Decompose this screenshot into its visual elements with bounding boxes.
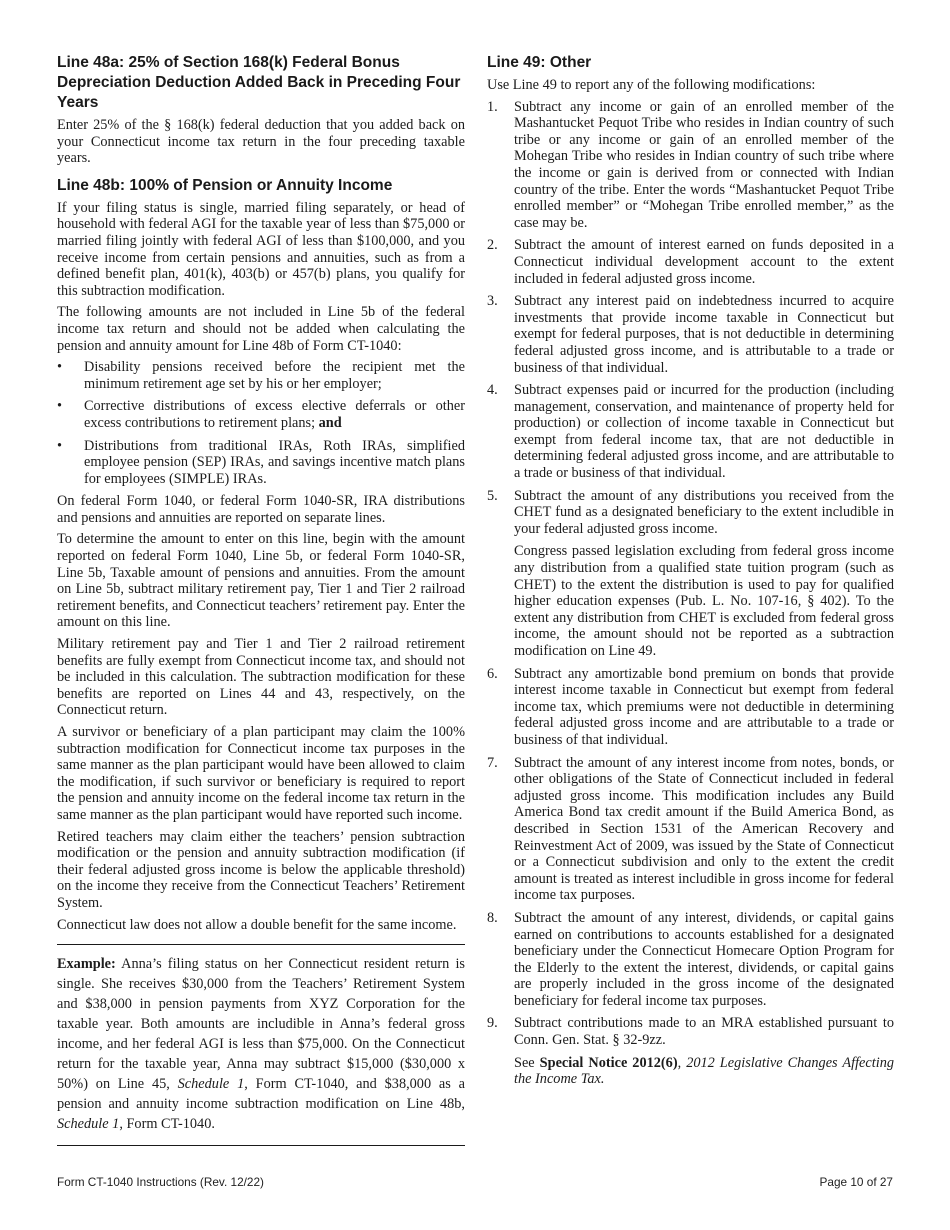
numbered-item: 4.Subtract expenses paid or incurred for… [487,382,894,482]
list-marker: 6. [487,666,514,749]
list-marker: 9. [487,1015,514,1048]
paragraph: Enter 25% of the § 168(k) federal deduct… [57,117,465,167]
numbered-item: 7.Subtract the amount of any interest in… [487,755,894,904]
bullet-item: •Disability pensions received before the… [57,359,465,392]
list-marker: • [57,398,84,431]
bullet-item: •Corrective distributions of excess elec… [57,398,465,431]
list-item-text: Subtract the amount of any distributions… [514,488,894,538]
list-continuation-paragraph: Congress passed legislation excluding fr… [487,543,894,659]
paragraph: On federal Form 1040, or federal Form 10… [57,493,465,526]
paragraph: Connecticut law does not allow a double … [57,917,465,934]
list-marker: • [57,359,84,392]
list-item-text: Congress passed legislation excluding fr… [514,543,894,659]
text-segment: Schedule 1 [57,1116,119,1132]
text-segment: Corrective distributions of excess elect… [84,398,465,431]
numbered-item: 2.Subtract the amount of interest earned… [487,237,894,287]
list-item-text: Subtract any amortizable bond premium on… [514,666,894,749]
text-segment: , Form CT-1040. [119,1116,215,1132]
list-item-text: Subtract the amount of interest earned o… [514,237,894,287]
section-heading: Line 48a: 25% of Section 168(k) Federal … [57,53,465,113]
section-heading: Line 49: Other [487,53,894,73]
list-item-text: Subtract any income or gain of an enroll… [514,99,894,232]
list-item-text: Distributions from traditional IRAs, Rot… [84,438,465,488]
text-segment: Example: [57,956,116,972]
list-marker: 7. [487,755,514,904]
section-heading: Line 48b: 100% of Pension or Annuity Inc… [57,176,465,196]
list-item-text: See Special Notice 2012(6), 2012 Legisla… [514,1055,894,1088]
bullet-item: •Distributions from traditional IRAs, Ro… [57,438,465,488]
list-marker: • [57,438,84,488]
footer-page-number: Page 10 of 27 [820,1175,893,1189]
text-segment: , [678,1055,687,1071]
list-marker: 8. [487,910,514,1010]
example-paragraph: Example: Anna’s filing status on her Con… [57,954,465,1134]
numbered-item: 3.Subtract any interest paid on indebted… [487,293,894,376]
list-item-text: Corrective distributions of excess elect… [84,398,465,431]
paragraph: If your filing status is single, married… [57,200,465,300]
list-marker: 3. [487,293,514,376]
list-indent [487,543,514,659]
page-footer: Form CT-1040 Instructions (Rev. 12/22) P… [57,1175,893,1189]
document-page: Line 48a: 25% of Section 168(k) Federal … [0,0,950,1230]
numbered-item: 1.Subtract any income or gain of an enro… [487,99,894,232]
paragraph: A survivor or beneficiary of a plan part… [57,724,465,824]
list-item-text: Subtract expenses paid or incurred for t… [514,382,894,482]
list-item-text: Subtract the amount of any interest inco… [514,755,894,904]
list-marker: 1. [487,99,514,232]
divider [57,1145,465,1146]
text-segment: See [514,1055,540,1071]
right-column: Line 49: OtherUse Line 49 to report any … [487,53,894,1094]
list-item-text: Disability pensions received before the … [84,359,465,392]
numbered-item: 9.Subtract contributions made to an MRA … [487,1015,894,1048]
paragraph: Use Line 49 to report any of the followi… [487,77,894,94]
list-continuation-paragraph: See Special Notice 2012(6), 2012 Legisla… [487,1055,894,1088]
paragraph: Retired teachers may claim either the te… [57,829,465,912]
list-marker: 2. [487,237,514,287]
numbered-item: 8.Subtract the amount of any interest, d… [487,910,894,1010]
paragraph: To determine the amount to enter on this… [57,531,465,631]
list-marker: 4. [487,382,514,482]
text-segment: Anna’s filing status on her Connecticut … [57,956,465,1092]
paragraph: The following amounts are not included i… [57,304,465,354]
text-segment: and [319,415,342,431]
left-column: Line 48a: 25% of Section 168(k) Federal … [57,53,465,1155]
numbered-item: 6.Subtract any amortizable bond premium … [487,666,894,749]
text-segment: Special Notice 2012(6) [540,1055,678,1071]
list-item-text: Subtract any interest paid on indebtedne… [514,293,894,376]
paragraph: Military retirement pay and Tier 1 and T… [57,636,465,719]
list-item-text: Subtract the amount of any interest, div… [514,910,894,1010]
divider [57,944,465,945]
footer-form-id: Form CT-1040 Instructions (Rev. 12/22) [57,1175,264,1189]
text-segment: Schedule 1 [178,1076,245,1092]
list-indent [487,1055,514,1088]
numbered-item: 5.Subtract the amount of any distributio… [487,488,894,538]
list-marker: 5. [487,488,514,538]
list-item-text: Subtract contributions made to an MRA es… [514,1015,894,1048]
